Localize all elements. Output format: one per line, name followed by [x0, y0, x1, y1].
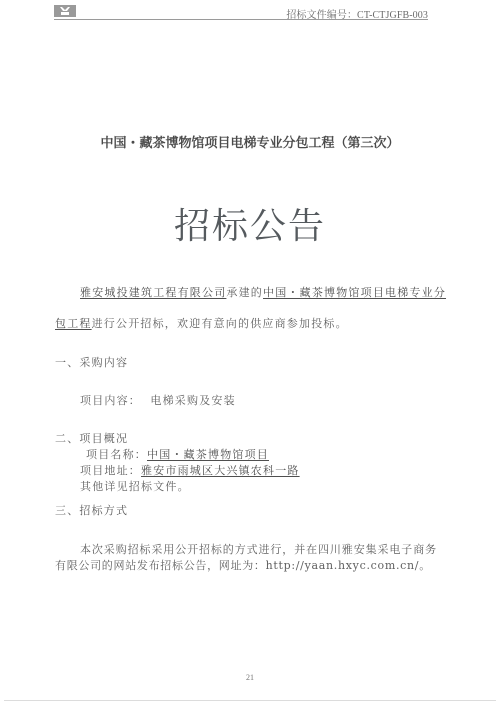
project-title: 中国・藏茶博物馆项目电梯专业分包工程（第三次） — [0, 132, 500, 151]
project-name-link-part2: 包工程 — [55, 317, 92, 330]
other-details-note: 其他详见招标文件。 — [80, 478, 190, 494]
procurement-content-row: 项目内容： 电梯采购及安装 — [80, 392, 236, 408]
page-number: 21 — [0, 673, 500, 682]
document-page: 招标文件编号：CT-CTJGFB-003 中国・藏茶博物馆项目电梯专业分包工程（… — [0, 0, 500, 707]
intro-line-1: 雅安城投建筑工程有限公司承建的中国・藏茶博物馆项目电梯专业分 — [80, 284, 446, 300]
tender-method-line-1: 本次采购招标采用公开招标的方式进行，并在四川雅安集采电子商务 — [80, 541, 437, 557]
intro-text-2: 进行公开招标，欢迎有意向的供应商参加投标。 — [92, 317, 348, 330]
project-name-label: 项目名称： — [86, 448, 147, 461]
company-logo-icon — [54, 5, 76, 17]
project-name-row: 项目名称：中国・藏茶博物馆项目 — [86, 446, 269, 462]
project-name-link-part1: 中国・藏茶博物馆项目电梯专业分 — [263, 286, 446, 299]
project-name-value: 中国・藏茶博物馆项目 — [147, 448, 269, 461]
notice-title: 招标公告 — [0, 198, 500, 249]
project-address-label: 项目地址： — [80, 464, 141, 477]
section-heading-tender-method: 三、招标方式 — [55, 502, 128, 518]
procurement-content-value: 电梯采购及安装 — [150, 394, 235, 407]
footer-divider — [4, 700, 496, 701]
procurement-content-label: 项目内容： — [80, 394, 141, 407]
tendering-company: 雅安城投建筑工程有限公司 — [80, 286, 226, 299]
header-divider — [54, 19, 428, 20]
tender-method-line-2: 有限公司的网站发布招标公告，网址为：http://yaan.hxyc.com.c… — [55, 557, 431, 573]
section-heading-overview: 二、项目概况 — [55, 430, 128, 446]
project-address-value: 雅安市雨城区大兴镇农科一路 — [141, 464, 300, 477]
project-address-row: 项目地址：雅安市雨城区大兴镇农科一路 — [80, 462, 300, 478]
intro-text-1: 承建的 — [226, 286, 263, 299]
intro-line-2: 包工程进行公开招标，欢迎有意向的供应商参加投标。 — [55, 315, 348, 331]
section-heading-procurement: 一、采购内容 — [55, 354, 128, 370]
